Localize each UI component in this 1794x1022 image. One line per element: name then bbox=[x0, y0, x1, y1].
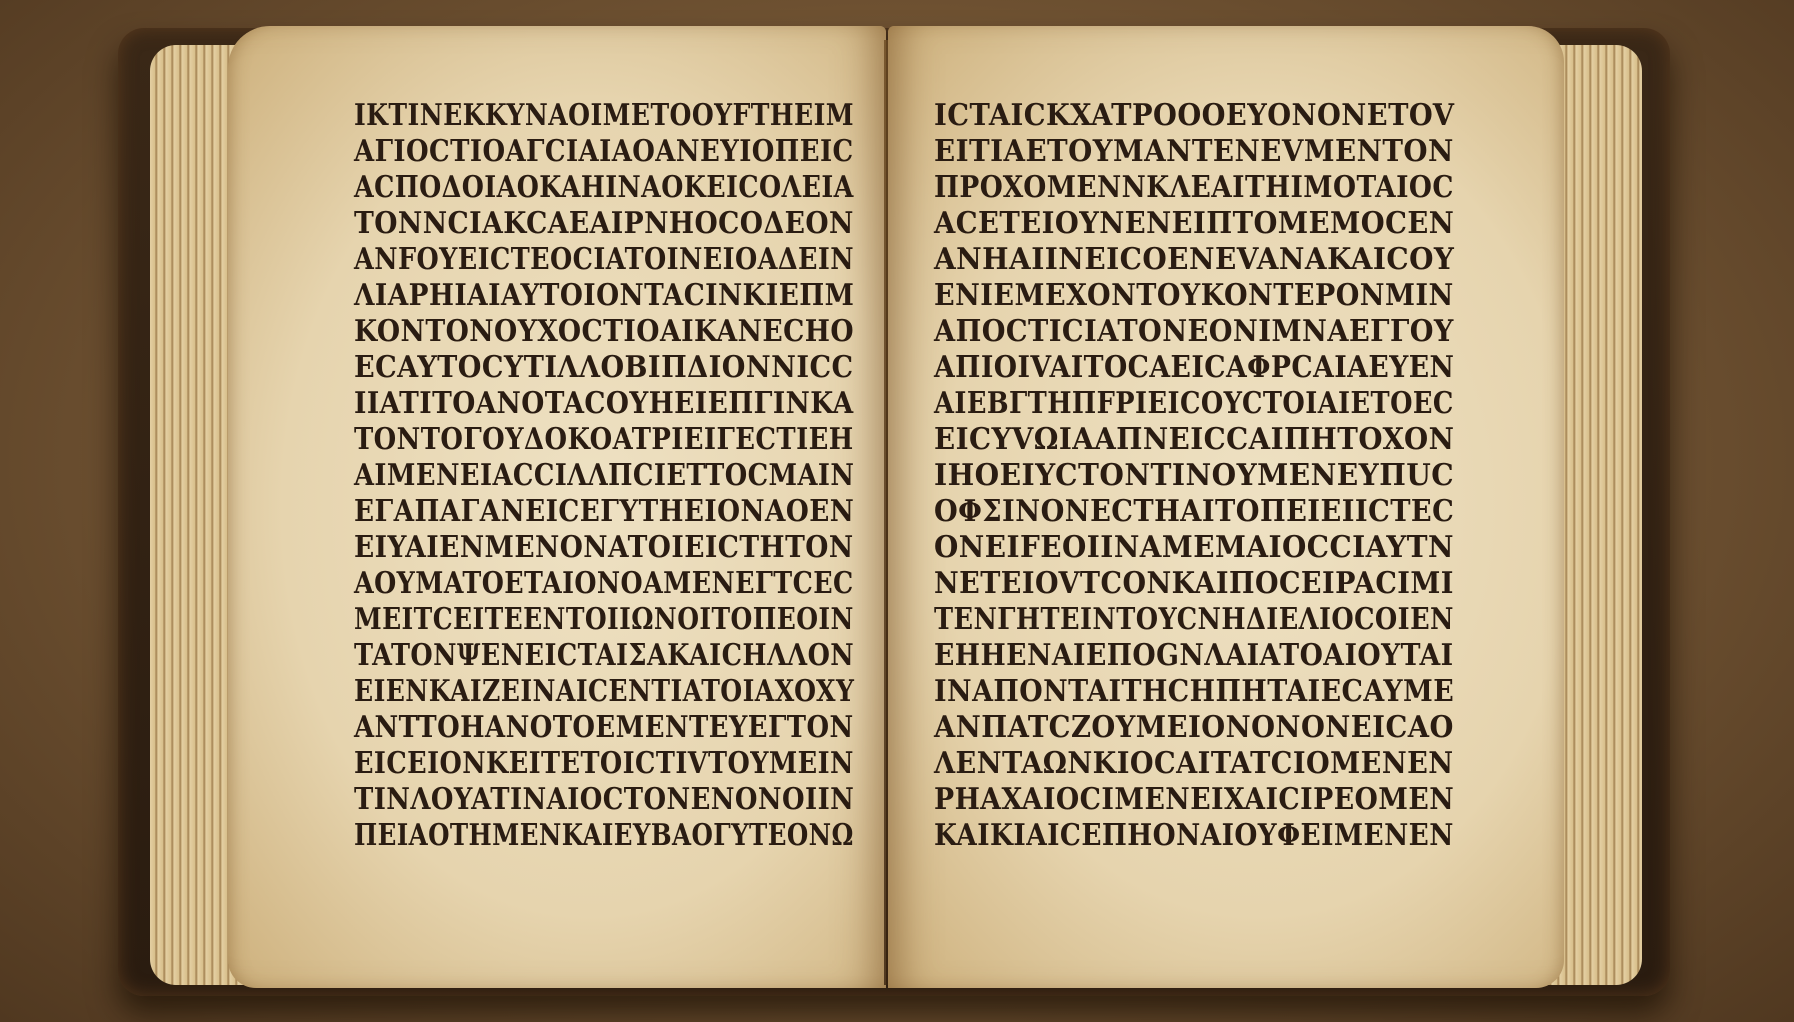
text-line: TONNCIAKCAEAIPNHOCOΔEON bbox=[354, 206, 798, 242]
text-line: EICYVΩIAAΠNEICCAIΠHTOXON bbox=[934, 422, 1414, 458]
text-line: EIENKAIZEINAICENTIATOIAXOXY bbox=[354, 674, 773, 710]
text-line: NETEIOVTCONKAIΠOCEIPACIMI bbox=[934, 566, 1403, 602]
text-line: AΠOCTICIATONEONIMNAEΓΓOY bbox=[934, 314, 1406, 350]
text-line: EITIAETOYMANTENEVMENTON bbox=[934, 134, 1414, 170]
text-line: ΛENTAΩNKIOCAITATCIOMENEN bbox=[934, 746, 1405, 782]
text-line: KONTONOYXOCTIOAIKANECHO bbox=[354, 314, 798, 350]
text-line: AΓIOCTIOAΓCIAIAOANEYIOΠEIC bbox=[354, 134, 787, 170]
text-line: PHAXAIOCIMENEIXAICIPEOMEN bbox=[934, 782, 1398, 818]
text-line: KAIKIAICEΠHONAIOYΦEIMENEN bbox=[934, 818, 1392, 854]
text-line: EICEIONKEITETOICTIVTOYMEIN bbox=[354, 746, 781, 782]
text-line: ENIEMEXONTOYKONTEPONMIN bbox=[934, 278, 1403, 314]
text-line: EIYAIENMENONATOIEICTHTON bbox=[354, 530, 796, 566]
text-line: ECAYTOCYTIΛΛOBIΠΔIONNICC bbox=[354, 350, 806, 386]
book-gutter bbox=[884, 40, 888, 985]
text-line: INAΠONTAITHCHΠHTAIECAYME bbox=[934, 674, 1400, 710]
text-line: TENΓHTEINTOYCNHΔIEΛIOCOIEN bbox=[934, 602, 1378, 638]
text-line: ΛIAPHIAIAYTOIONTACINKIEΠM bbox=[354, 278, 794, 314]
text-line: ΠPOXOMENNKΛEAITHIMOTAIOC bbox=[934, 170, 1392, 206]
text-line: ACETEIOYNENEIΠTOMEMOCEN bbox=[934, 206, 1409, 242]
text-line: ANHAIINEICOENEVANAKAICOY bbox=[934, 242, 1419, 278]
right-page-text: ICTAICKXATPOOOEYONONETOV EITIAETOYMANTEN… bbox=[934, 98, 1454, 854]
text-line: TONTOΓOYΔOKOATPIEIΓECTIEH bbox=[354, 422, 785, 458]
text-line: TATONΨENEICTAIΣAKAICHΛΛON bbox=[354, 638, 781, 674]
text-line: OΦΣINONECTHAITOΠEIEIICTEC bbox=[934, 494, 1406, 530]
text-line: AIEBΓTHΠFPIEICOYCTOIAIETOEC bbox=[934, 386, 1379, 422]
text-line: ICTAICKXATPOOOEYONONETOV bbox=[934, 98, 1408, 134]
text-line: AOYMATOETAIONOAMENEΓTCEC bbox=[354, 566, 777, 602]
text-line: ONEIFEOIINAMEMAIOCCIAYTN bbox=[934, 530, 1418, 566]
text-line: ANΠATCZOYMEIONONONEICAO bbox=[934, 710, 1409, 746]
text-line: ANTTOHANOTOEMENTEYEΓTON bbox=[354, 710, 786, 746]
text-line: IKTINEKKYNAOIMETOOYFTHEIM bbox=[354, 98, 773, 134]
text-line: ANFOYEICTEOCIATOINEIOAΔEIN bbox=[354, 242, 779, 278]
text-line: EΓAΠAΓANEICEΓYTHEIONAOEN bbox=[354, 494, 793, 530]
text-line: IHOEIYCTONTINOYMENEYΠUC bbox=[934, 458, 1421, 494]
text-line: TINΛOYATINAIOCTONENONOIIN bbox=[354, 782, 786, 818]
text-line: ACΠOΔOIAOKAHINAOKEICOΛEIA bbox=[354, 170, 777, 206]
left-page-text: IKTINEKKYNAOIMETOOYFTHEIM AΓIOCTIOAΓCIAI… bbox=[354, 98, 854, 854]
text-line: AΠIOIVAITOCAEICAΦPCAIAEYEN bbox=[934, 350, 1397, 386]
text-line: EHHENAIEΠOGNΛAIATOAIOYTAI bbox=[934, 638, 1397, 674]
text-line: AIMENEIACCIΛΛΠCIETTOCMAIN bbox=[354, 458, 784, 494]
text-line: MEITCEITEENTOIIΩNOITOΠEOIN bbox=[354, 602, 771, 638]
text-line: IIATITOANOTACOYHEIEΠΓINKA bbox=[354, 386, 795, 422]
text-line: ΠEIAOTHMENKAIEYBAOΓYTEONΩ bbox=[354, 818, 763, 854]
